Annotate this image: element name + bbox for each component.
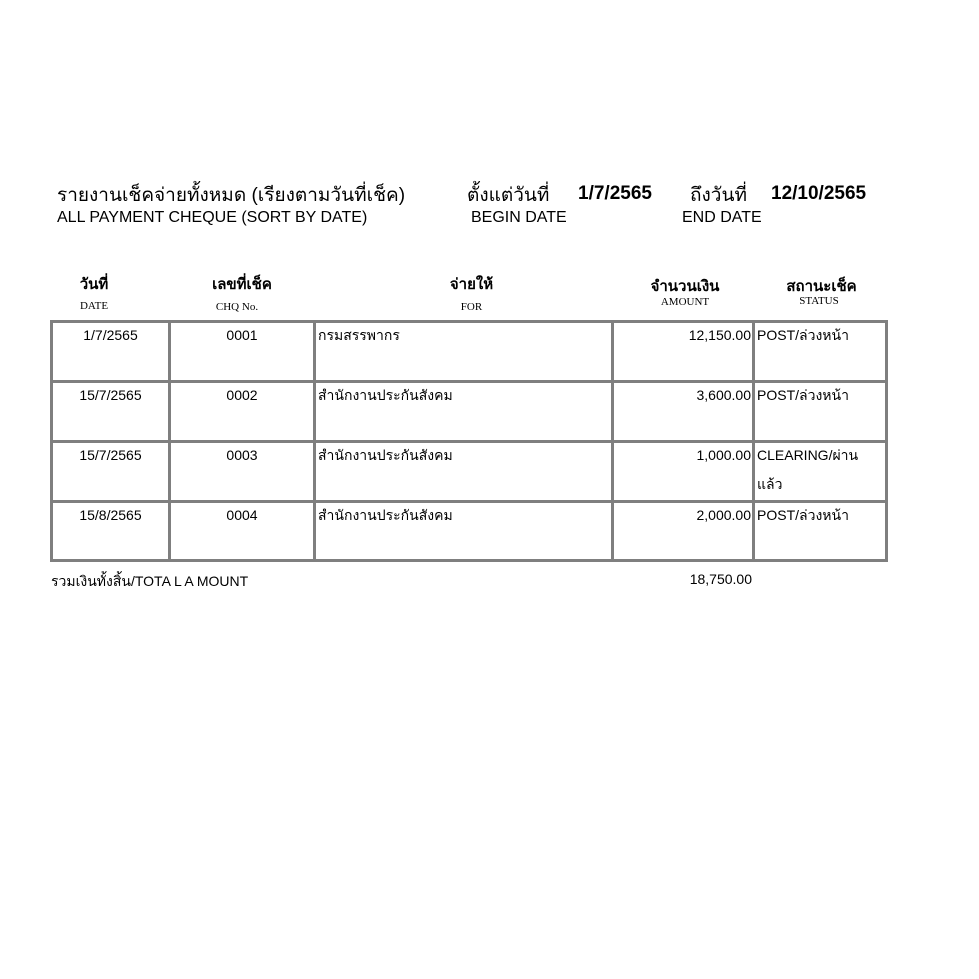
cheque-table: 1/7/2565 0001 กรมสรรพากร 12,150.00 POST/… [50, 320, 888, 562]
begin-date-value: 1/7/2565 [578, 183, 652, 205]
column-divider [313, 320, 316, 562]
report-title-english: ALL PAYMENT CHEQUE (SORT BY DATE) [57, 209, 367, 227]
column-divider [752, 320, 755, 562]
begin-date-label-thai: ตั้งแต่วันที่ [467, 180, 549, 210]
column-header-date-thai: วันที่ [53, 272, 135, 296]
begin-date-label-english: BEGIN DATE [471, 209, 567, 227]
column-header-status-english: STATUS [755, 295, 883, 307]
cell-amount: 12,150.00 [614, 321, 751, 350]
total-amount-value: 18,750.00 [614, 571, 752, 587]
report-title-thai: รายงานเช็คจ่ายทั้งหมด (เรียงตามวันที่เช็… [57, 180, 405, 210]
cell-status: POST/ล่วงหน้า [757, 501, 879, 530]
cell-date: 1/7/2565 [53, 321, 168, 350]
cell-chq-no: 0004 [171, 501, 313, 530]
cell-chq-no: 0003 [171, 441, 313, 470]
column-header-chq-english: CHQ No. [171, 301, 303, 313]
column-header-chq-thai: เลขที่เช็ค [171, 272, 313, 296]
column-header-for-english: FOR [316, 301, 627, 313]
cell-amount: 2,000.00 [614, 501, 751, 530]
cell-status: POST/ล่วงหน้า [757, 321, 879, 350]
cell-payee: กรมสรรพากร [318, 321, 608, 350]
cell-date: 15/7/2565 [53, 381, 168, 410]
column-header-date-english: DATE [53, 300, 135, 312]
table-border [885, 320, 888, 562]
column-header-amount-english: AMOUNT [615, 296, 755, 308]
cell-payee: สำนักงานประกันสังคม [318, 501, 608, 530]
cell-payee: สำนักงานประกันสังคม [318, 441, 608, 470]
column-header-for-thai: จ่ายให้ [316, 272, 627, 296]
table-border [50, 559, 888, 562]
cell-amount: 3,600.00 [614, 381, 751, 410]
cell-chq-no: 0002 [171, 381, 313, 410]
cell-status: CLEARING/ผ่านแล้ว [757, 441, 875, 499]
end-date-value: 12/10/2565 [771, 183, 866, 205]
cell-payee: สำนักงานประกันสังคม [318, 381, 608, 410]
cell-date: 15/8/2565 [53, 501, 168, 530]
cell-date: 15/7/2565 [53, 441, 168, 470]
cell-status: POST/ล่วงหน้า [757, 381, 879, 410]
column-header-amount-thai: จำนวนเงิน [615, 274, 755, 298]
end-date-label-english: END DATE [682, 209, 762, 227]
end-date-label-thai: ถึงวันที่ [690, 180, 747, 210]
total-amount-label: รวมเงินทั้งสิ้น/TOTA L A MOUNT [51, 571, 248, 593]
cell-amount: 1,000.00 [614, 441, 751, 470]
cell-chq-no: 0001 [171, 321, 313, 350]
